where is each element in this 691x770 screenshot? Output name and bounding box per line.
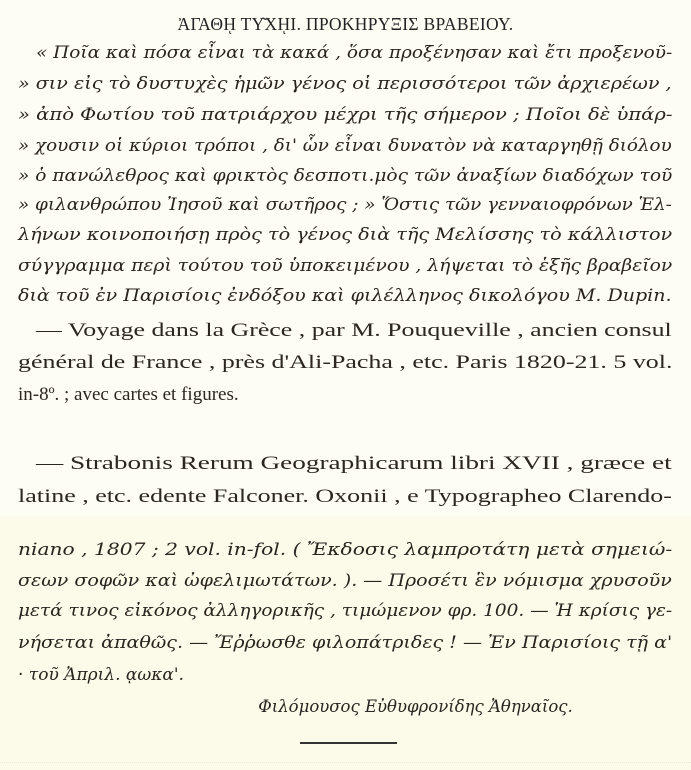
bibliography-entry: général de France , près d'Ali-Pacha , e… [18, 350, 672, 376]
text-line: νήσεται ἀπαθῶς. — Ἔῤῥωσθε φιλοπάτριδες !… [18, 630, 672, 656]
text-line: · τοῦ Ἀπριλ. ᾳωκα'. [18, 662, 184, 688]
signature: Φιλόμουσος Εὐθυφρονίδης Ἀθηναῖος. [0, 697, 691, 716]
text-line: » ἀπὸ Φωτίου τοῦ πατριάρχου μέχρι τῆς σή… [18, 102, 672, 128]
text-line: σεων σοφῶν καὶ ὠφελιμωτάτων. ). — Προσέτ… [18, 568, 672, 594]
text-line: « Ποῖα καὶ πόσα εἶναι τὰ κακά , ὅσα προξ… [36, 40, 672, 66]
page-bottom-edge [0, 762, 691, 770]
text-line: διὰ τοῦ ἐν Παρισίοις ἐνδόξου καὶ φιλέλλη… [18, 283, 672, 309]
text-line: » χουσιν οἱ κύριοι τρόποι , δι' ὧν εἶναι… [18, 133, 672, 159]
text-line: niano , 1807 ; 2 vol. in-fol. ( Ἔκδοσις … [18, 537, 672, 563]
text-line: σύγγραμμα περὶ τούτου τοῦ ὑποκειμένου , … [18, 253, 672, 279]
bibliography-entry: latine , etc. edente Falconer. Oxonii , … [18, 484, 672, 510]
text-line: » ὁ πανώλεθρος καὶ φρικτὸς δεσποτι.μὸς τ… [18, 163, 672, 189]
bibliography-entry: — Strabonis Rerum Geographicarum libri X… [36, 451, 672, 477]
bibliography-entry: — Voyage dans la Grèce , par M. Pouquevi… [36, 318, 672, 344]
text-line: μετά τινος εἰκόνος ἀλληγορικῆς , τιμώμεν… [18, 598, 672, 624]
text-line: λήνων κοινοποιήσῃ πρὸς τὸ γένος διὰ τῆς … [18, 222, 672, 248]
bibliography-entry: in-8º. ; avec cartes et figures. [18, 382, 239, 408]
section-divider [300, 742, 397, 744]
text-line: » σιν εἰς τὸ δυστυχὲς ἡμῶν γένος οἱ περι… [18, 71, 672, 97]
page-title: ἈΓΑΘῌ ΤΥ͂ΧῌΙ. ΠΡΟΚΗΡΥΞΙΣ ΒΡΑΒΕΙΟΥ. [0, 14, 691, 35]
text-line: » φιλανθρώπου Ἰησοῦ καὶ σωτῆρος ; » Ὅστι… [18, 192, 672, 218]
